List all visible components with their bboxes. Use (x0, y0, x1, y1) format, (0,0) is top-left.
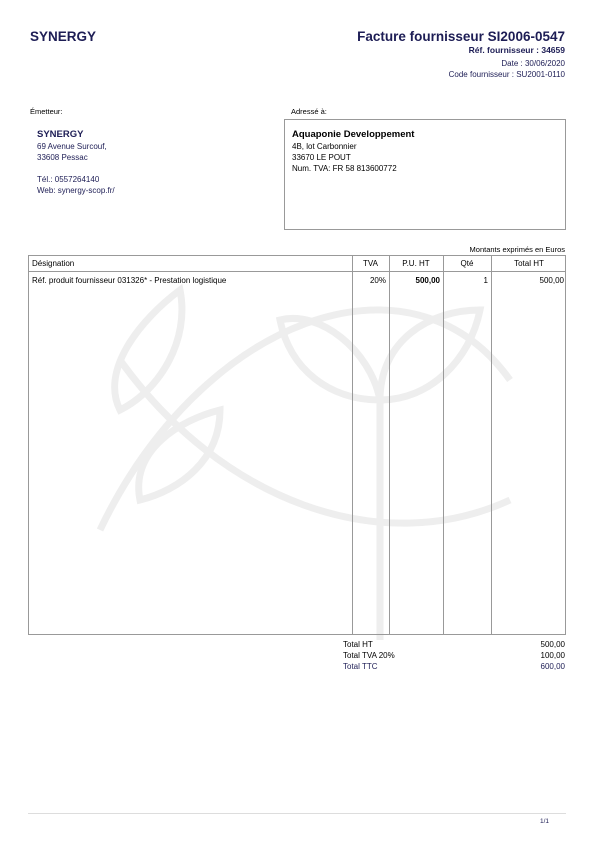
emitter-web: Web: synergy-scop.fr/ (37, 185, 115, 196)
total-ht-label: Total HT (343, 639, 373, 650)
invoice-date: Date : 30/06/2020 (501, 59, 565, 68)
line-designation: Réf. produit fournisseur 031326* - Prest… (32, 276, 226, 285)
recipient-address-block: Aquaponie Developpement 4B, lot Carbonni… (292, 129, 414, 174)
emitter-phone: Tél.: 0557264140 (37, 174, 115, 185)
company-name: SYNERGY (30, 29, 96, 44)
column-divider (491, 256, 492, 634)
total-ttc-row: Total TTC 600,00 (343, 661, 565, 672)
emitter-address1: 69 Avenue Surcouf, (37, 141, 115, 152)
line-tva: 20% (352, 276, 386, 285)
supplier-code: Code fournisseur : SU2001-0110 (449, 70, 565, 79)
total-tva-row: Total TVA 20% 100,00 (343, 650, 565, 661)
recipient-name: Aquaponie Developpement (292, 129, 414, 141)
header-qty: Qté (443, 259, 491, 268)
line-pu-ht: 500,00 (389, 276, 440, 285)
total-tva-label: Total TVA 20% (343, 650, 395, 661)
total-tva-value: 100,00 (541, 650, 565, 661)
emitter-name: SYNERGY (37, 129, 115, 141)
recipient-address1: 4B, lot Carbonnier (292, 141, 414, 152)
total-ttc-value: 600,00 (541, 661, 565, 672)
emitter-address-block: SYNERGY 69 Avenue Surcouf, 33608 Pessac … (37, 129, 115, 196)
header-pu-ht: P.U. HT (389, 259, 443, 268)
recipient-vat: Num. TVA: FR 58 813600772 (292, 163, 414, 174)
column-divider (389, 256, 390, 634)
recipient-label: Adressé à: (291, 107, 327, 116)
header-divider (29, 271, 565, 272)
total-ttc-label: Total TTC (343, 661, 378, 672)
footer-divider (28, 813, 566, 814)
header-total-ht: Total HT (491, 259, 567, 268)
column-divider (352, 256, 353, 634)
line-qty: 1 (443, 276, 488, 285)
emitter-address2: 33608 Pessac (37, 152, 115, 163)
page-number: 1/1 (540, 818, 549, 825)
header-designation: Désignation (32, 259, 74, 268)
recipient-address2: 33670 LE POUT (292, 152, 414, 163)
line-total-ht: 500,00 (491, 276, 564, 285)
supplier-ref: Réf. fournisseur : 34659 (469, 45, 565, 55)
emitter-label: Émetteur: (30, 107, 63, 116)
invoice-title: Facture fournisseur SI2006-0547 (357, 29, 565, 44)
header-tva: TVA (352, 259, 389, 268)
total-ht-row: Total HT 500,00 (343, 639, 565, 650)
invoice-lines-table: Désignation TVA P.U. HT Qté Total HT Réf… (28, 255, 566, 635)
totals-block: Total HT 500,00 Total TVA 20% 100,00 Tot… (343, 639, 565, 672)
total-ht-value: 500,00 (541, 639, 565, 650)
column-divider (443, 256, 444, 634)
currency-note: Montants exprimés en Euros (470, 245, 565, 254)
